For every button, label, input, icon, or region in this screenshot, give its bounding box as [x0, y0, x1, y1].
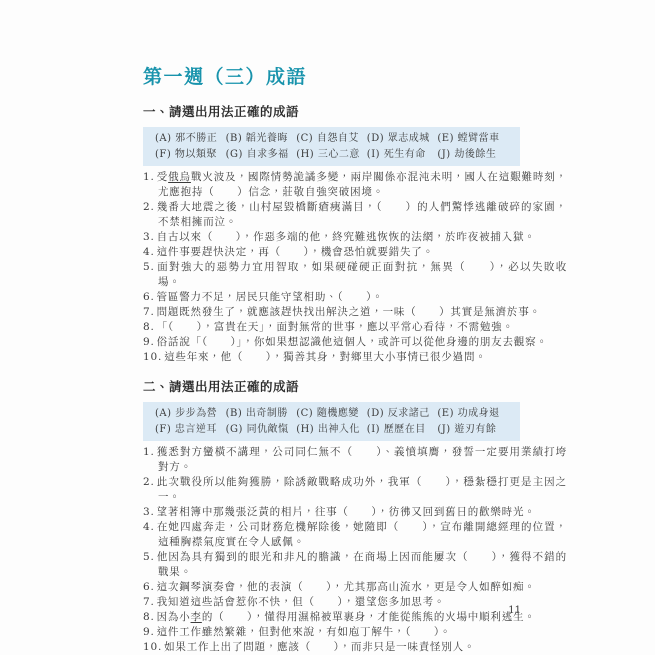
question-6: 6.這次鋼琴演奏會，他的表演（ ），尤其那高山流水，更是令人如醉如痴。 — [143, 580, 567, 595]
question-text: 如果工作上出了問題，應該（ ），而非只是一味責怪別人。 — [164, 641, 475, 653]
question-9: 9.這件工作雖然繁雜，但對他來說，有如庖丁解牛，（ ）。 — [143, 625, 567, 640]
question-3: 3.望著相簿中那幾張泛黃的相片，往事（ ），彷彿又回到舊日的歡樂時光。 — [143, 505, 567, 520]
question-text: 這件工作雖然繁雜，但對他來說，有如庖丁解牛，（ ）。 — [157, 626, 452, 638]
questions-list-1: 1.受俄烏戰火波及，國際情勢詭譎多變，兩岸關係亦混沌未明，國人在這艱難時刻，尤應… — [143, 170, 567, 365]
options-box-2: (A) 步步為營(B) 出奇制勝(C) 隨機應變(D) 反求諸己(E) 功成身退… — [143, 402, 520, 441]
question-text: 自古以來（ ），作惡多端的他，終究難逃恢恢的法網，於昨夜被捕入獄。 — [157, 231, 536, 243]
question-number: 4. — [143, 246, 155, 258]
option-C: (C) 自怨自艾 — [296, 131, 367, 146]
question-number: 2. — [143, 201, 155, 213]
worksheet-page: 第一週（三）成語 一、請選出用法正確的成語 (A) 邪不勝正(B) 韜光養晦(C… — [0, 0, 655, 655]
question-number: 2. — [143, 476, 155, 488]
question-text: 「（ ），富貴在天」，面對無常的世事，應以平常心看待，不需勉強。 — [157, 321, 514, 333]
option-J: (J) 遊刃有餘 — [437, 422, 508, 437]
question-text: 這件事要趕快決定，再（ ），機會恐怕就要錯失了。 — [157, 246, 434, 258]
option-C: (C) 隨機應變 — [296, 406, 367, 421]
question-5: 5.他因為具有獨到的眼光和非凡的膽識，在商場上因而能屢次（ ），獲得不錯的戰果。 — [143, 550, 567, 580]
question-text: 此次戰役所以能夠獲勝，除誘敵戰略成功外，我軍（ ），穩紮穩打更是主因之一。 — [157, 476, 567, 503]
question-7: 7.問題既然發生了，就應該趕快找出解決之道，一味（ ）其實是無濟於事。 — [143, 305, 567, 320]
proper-noun-mark: 俄烏 — [168, 171, 191, 183]
option-F: (F) 物以類聚 — [155, 147, 226, 162]
proper-noun-mark: 李 — [191, 611, 202, 623]
option-I: (I) 死生有命 — [367, 147, 438, 162]
question-6: 6.管區警力不足，居民只能守望相助、（ ）。 — [143, 290, 567, 305]
question-number: 7. — [143, 306, 155, 318]
option-I: (I) 歷歷在目 — [367, 422, 438, 437]
question-1: 1.獲悉對方蠻橫不講理，公司同仁無不（ ）、義憤填膺，發誓一定要用業績打垮對方。 — [143, 445, 567, 475]
option-H: (H) 三心二意 — [296, 147, 367, 162]
question-10: 10.如果工作上出了問題，應該（ ），而非只是一味責怪別人。 — [143, 640, 567, 655]
question-1: 1.受俄烏戰火波及，國際情勢詭譎多變，兩岸關係亦混沌未明，國人在這艱難時刻，尤應… — [143, 170, 567, 200]
page-number: 11 — [508, 605, 521, 616]
section-2: 二、請選出用法正確的成語 (A) 步步為營(B) 出奇制勝(C) 隨機應變(D)… — [143, 377, 567, 655]
question-text: 因為小 — [157, 611, 191, 623]
question-2: 2.此次戰役所以能夠獲勝，除誘敵戰略成功外，我軍（ ），穩紮穩打更是主因之一。 — [143, 475, 567, 505]
option-H: (H) 出神入化 — [296, 422, 367, 437]
section-1: 一、請選出用法正確的成語 (A) 邪不勝正(B) 韜光養晦(C) 自怨自艾(D)… — [143, 102, 567, 365]
option-D: (D) 反求諸己 — [367, 406, 438, 421]
question-text: 獲悉對方蠻橫不講理，公司同仁無不（ ）、義憤填膺，發誓一定要用業績打垮對方。 — [157, 446, 567, 473]
option-A: (A) 步步為營 — [155, 406, 226, 421]
question-number: 10. — [143, 351, 162, 363]
question-8: 8.因為小李的（ ），懂得用濕棉被單裹身，才能從熊熊的火場中順利逃生。 — [143, 610, 567, 625]
option-D: (D) 眾志成城 — [367, 131, 438, 146]
question-number: 3. — [143, 506, 155, 518]
question-text: 幾番大地震之後，山村屋毀橋斷瘡痍滿目，（ ）的人們驚悸逃離破碎的家園，不禁相擁而… — [157, 201, 567, 228]
question-3: 3.自古以來（ ），作惡多端的他，終究難逃恢恢的法網，於昨夜被捕入獄。 — [143, 230, 567, 245]
question-number: 8. — [143, 321, 155, 333]
question-7: 7.我知道這些話會惹你不快，但（ ），還望您多加思考。 — [143, 595, 567, 610]
question-5: 5.面對強大的惡勢力宜用智取，如果硬碰硬正面對抗，無異（ ），必以失敗收場。 — [143, 260, 567, 290]
question-text: 他因為具有獨到的眼光和非凡的膽識，在商場上因而能屢次（ ），獲得不錯的戰果。 — [157, 551, 567, 578]
question-number: 5. — [143, 551, 155, 563]
question-number: 8. — [143, 611, 155, 623]
option-G: (G) 同仇敵愾 — [226, 422, 297, 437]
option-E: (E) 螳臂當車 — [437, 131, 508, 146]
question-number: 7. — [143, 596, 155, 608]
question-number: 10. — [143, 641, 162, 653]
option-J: (J) 劫後餘生 — [437, 147, 508, 162]
question-number: 6. — [143, 581, 155, 593]
question-number: 9. — [143, 336, 155, 348]
section-2-heading: 二、請選出用法正確的成語 — [143, 377, 567, 395]
page-title: 第一週（三）成語 — [143, 62, 567, 89]
option-E: (E) 功成身退 — [437, 406, 508, 421]
question-text: 面對強大的惡勢力宜用智取，如果硬碰硬正面對抗，無異（ ），必以失敗收場。 — [157, 261, 567, 288]
question-number: 4. — [143, 521, 155, 533]
question-text: 管區警力不足，居民只能守望相助、（ ）。 — [157, 291, 384, 303]
question-10: 10.這些年來，他（ ），獨善其身，對鄉里大小事情已很少過問。 — [143, 350, 567, 365]
questions-list-2: 1.獲悉對方蠻橫不講理，公司同仁無不（ ）、義憤填膺，發誓一定要用業績打垮對方。… — [143, 445, 567, 655]
question-9: 9.俗話說「（ ）」，你如果想認識他這個人，或許可以從他身邊的朋友去觀察。 — [143, 335, 567, 350]
option-F: (F) 忠言逆耳 — [155, 422, 226, 437]
question-text: 俗話說「（ ）」，你如果想認識他這個人，或許可以從他身邊的朋友去觀察。 — [157, 336, 548, 348]
question-4: 4.在她四處奔走，公司財務危機解除後，她隨即（ ），宣布離開總經理的位置，這種胸… — [143, 520, 567, 550]
question-number: 6. — [143, 291, 155, 303]
option-B: (B) 韜光養晦 — [226, 131, 297, 146]
section-1-heading: 一、請選出用法正確的成語 — [143, 102, 567, 120]
question-number: 9. — [143, 626, 155, 638]
question-text: 這些年來，他（ ），獨善其身，對鄉里大小事情已很少過問。 — [164, 351, 486, 363]
question-text: 戰火波及，國際情勢詭譎多變，兩岸關係亦混沌未明，國人在這艱難時刻，尤應抱持（ ）… — [158, 171, 567, 198]
question-2: 2.幾番大地震之後，山村屋毀橋斷瘡痍滿目，（ ）的人們驚悸逃離破碎的家園，不禁相… — [143, 200, 567, 230]
question-text: 我知道這些話會惹你不快，但（ ），還望您多加思考。 — [157, 596, 446, 608]
option-B: (B) 出奇制勝 — [226, 406, 297, 421]
question-text: 受 — [157, 171, 169, 183]
question-number: 3. — [143, 231, 155, 243]
question-text: 問題既然發生了，就應該趕快找出解決之道，一味（ ）其實是無濟於事。 — [157, 306, 541, 318]
question-text: 在她四處奔走，公司財務危機解除後，她隨即（ ），宣布離開總經理的位置，這種胸襟氣… — [157, 521, 567, 548]
option-A: (A) 邪不勝正 — [155, 131, 226, 146]
question-8: 8.「（ ），富貴在天」，面對無常的世事，應以平常心看待，不需勉強。 — [143, 320, 567, 335]
question-4: 4.這件事要趕快決定，再（ ），機會恐怕就要錯失了。 — [143, 245, 567, 260]
question-text: 這次鋼琴演奏會，他的表演（ ），尤其那高山流水，更是令人如醉如痴。 — [157, 581, 536, 593]
question-text: 望著相簿中那幾張泛黃的相片，往事（ ），彷彿又回到舊日的歡樂時光。 — [157, 506, 536, 518]
question-number: 5. — [143, 261, 155, 273]
question-number: 1. — [143, 446, 155, 458]
question-number: 1. — [143, 171, 155, 183]
question-text: 的（ ），懂得用濕棉被單裹身，才能從熊熊的火場中順利逃生。 — [202, 611, 536, 623]
option-G: (G) 自求多福 — [226, 147, 297, 162]
options-box-1: (A) 邪不勝正(B) 韜光養晦(C) 自怨自艾(D) 眾志成城(E) 螳臂當車… — [143, 127, 520, 166]
